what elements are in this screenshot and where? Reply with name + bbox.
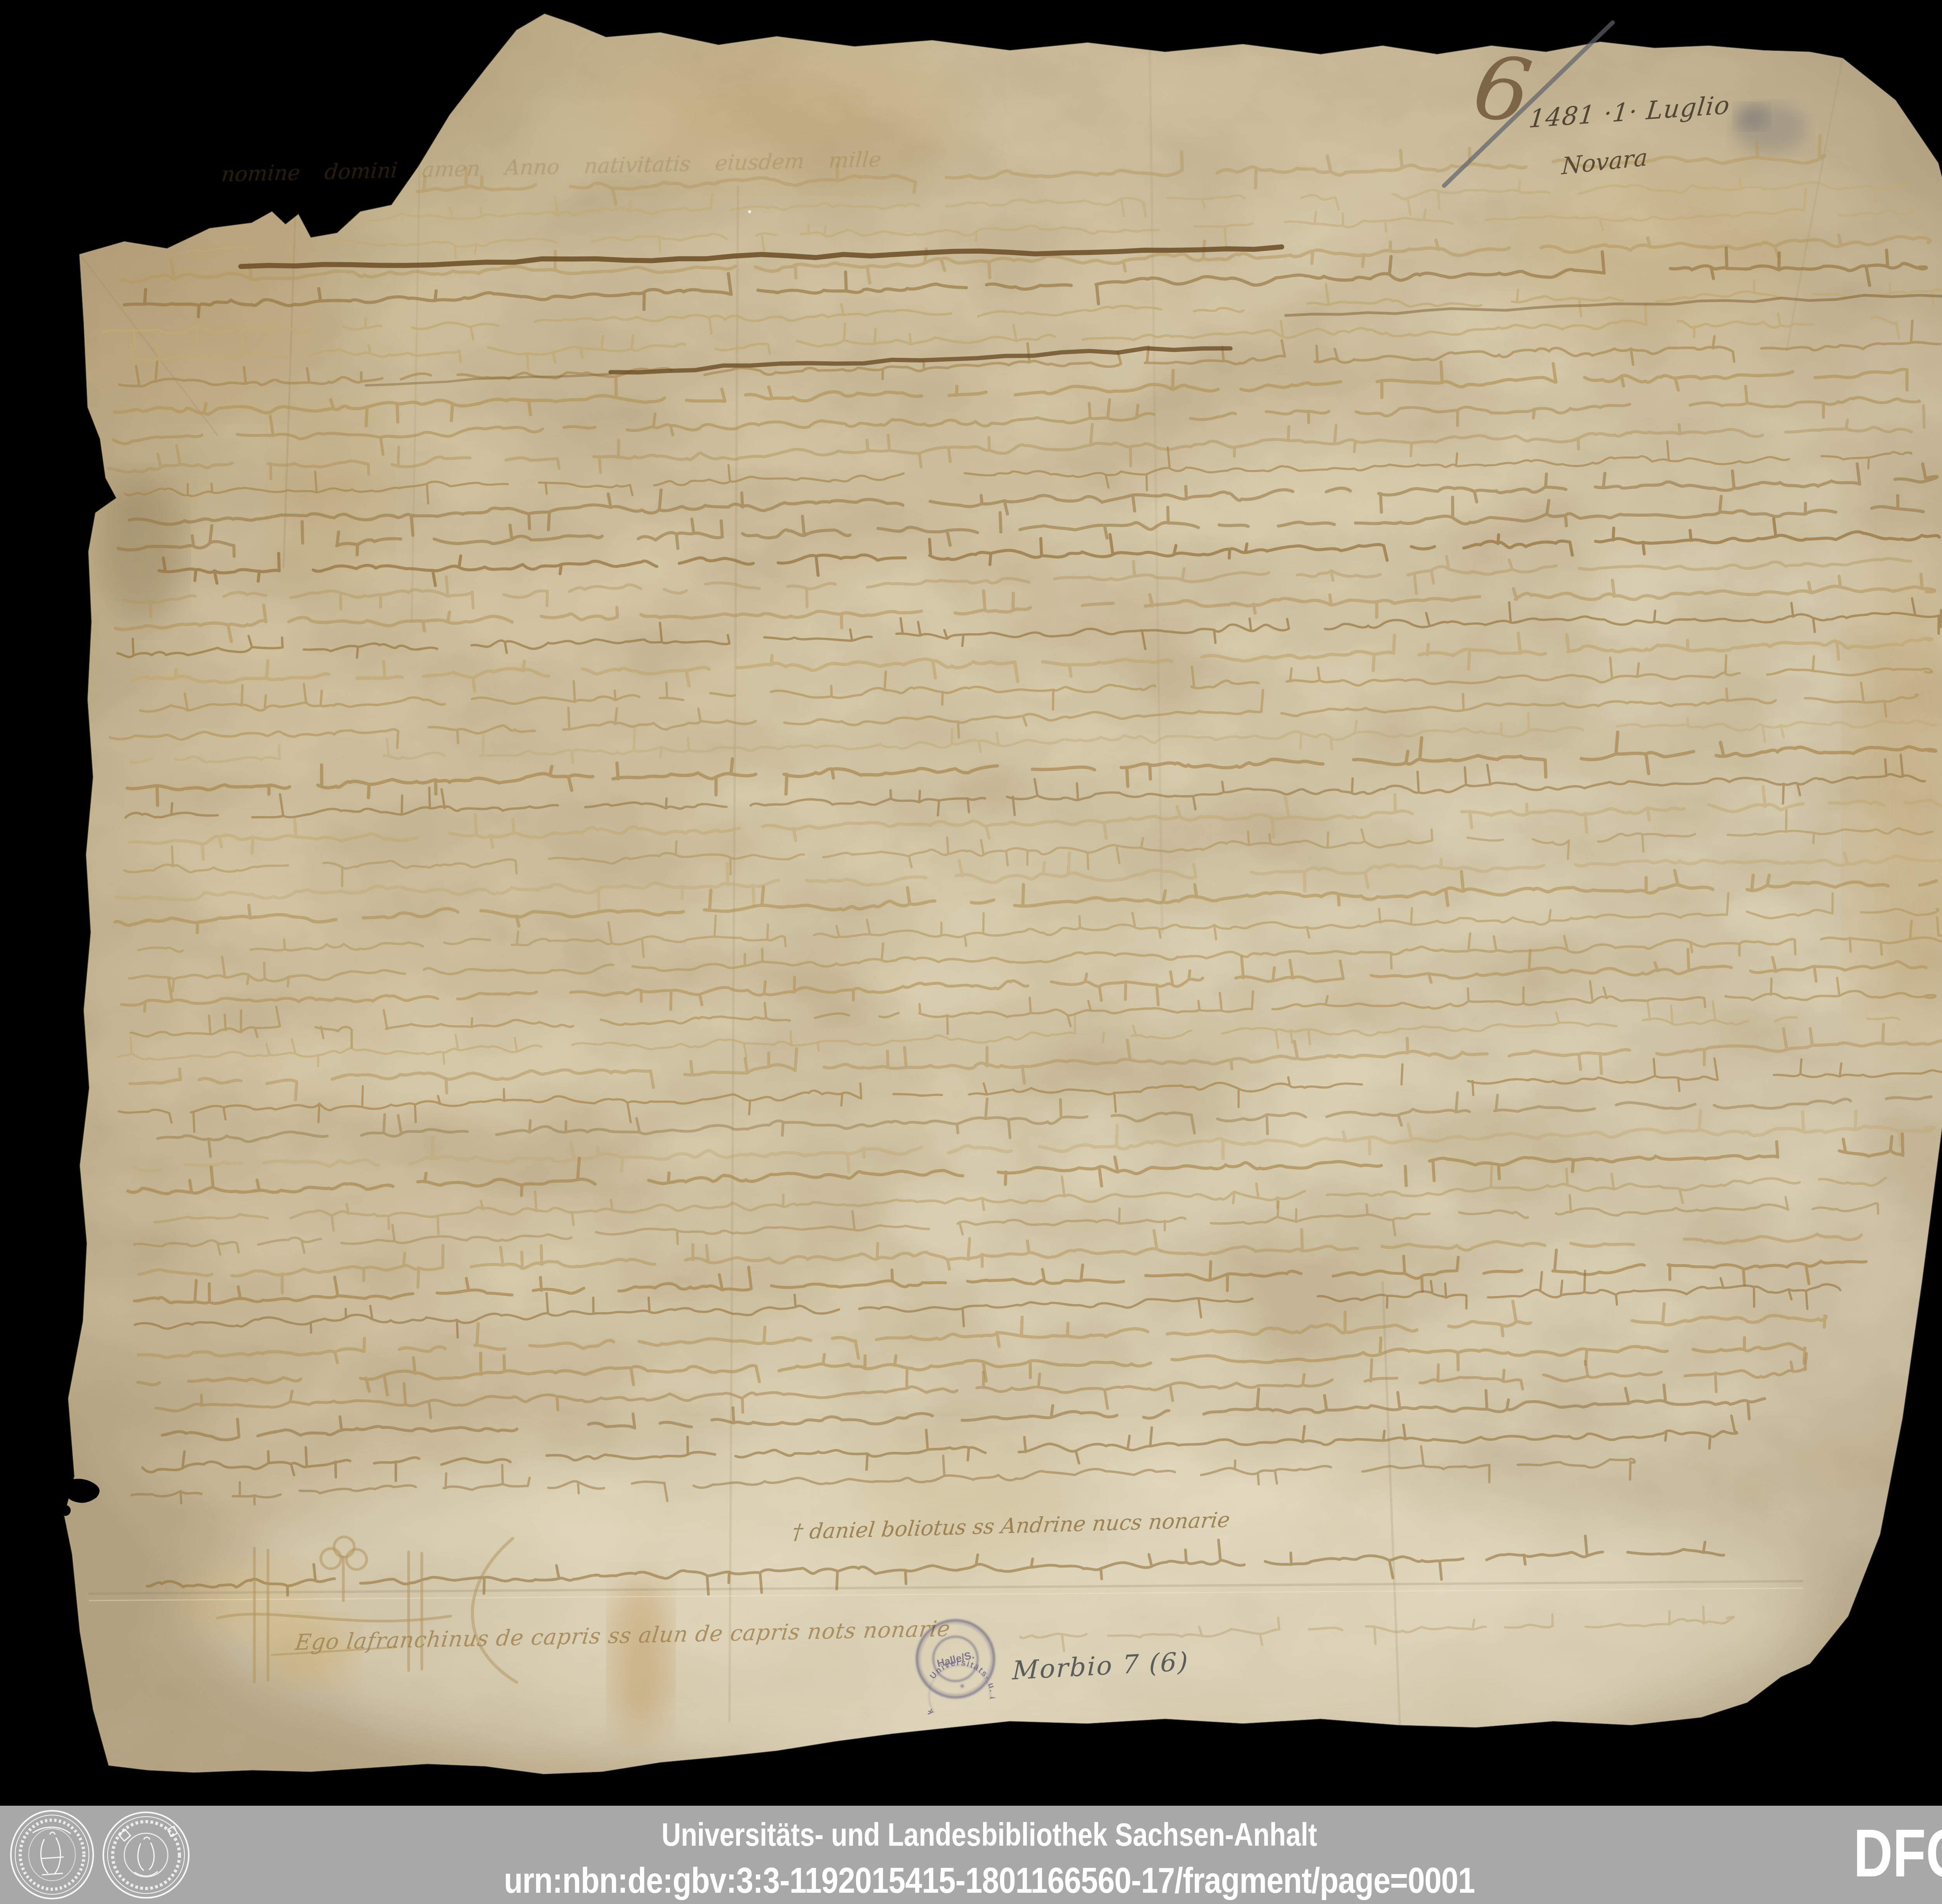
scan-page: nomine domini amen Anno nativitatis eius… — [0, 0, 1942, 1904]
initial-letter — [165, 167, 200, 204]
urn-text: urn:nbn:de:gbv:3:3-1192015415-1801166560… — [0, 1860, 1942, 1901]
viewer-footer: Universitäts- und Landesbibliothek Sachs… — [0, 1806, 1942, 1904]
library-name: Universitäts- und Landesbibliothek Sachs… — [0, 1816, 1942, 1853]
dfg-logo: DFG — [1853, 1813, 1942, 1894]
footer-text-block: Universitäts- und Landesbibliothek Sachs… — [0, 1806, 1942, 1901]
